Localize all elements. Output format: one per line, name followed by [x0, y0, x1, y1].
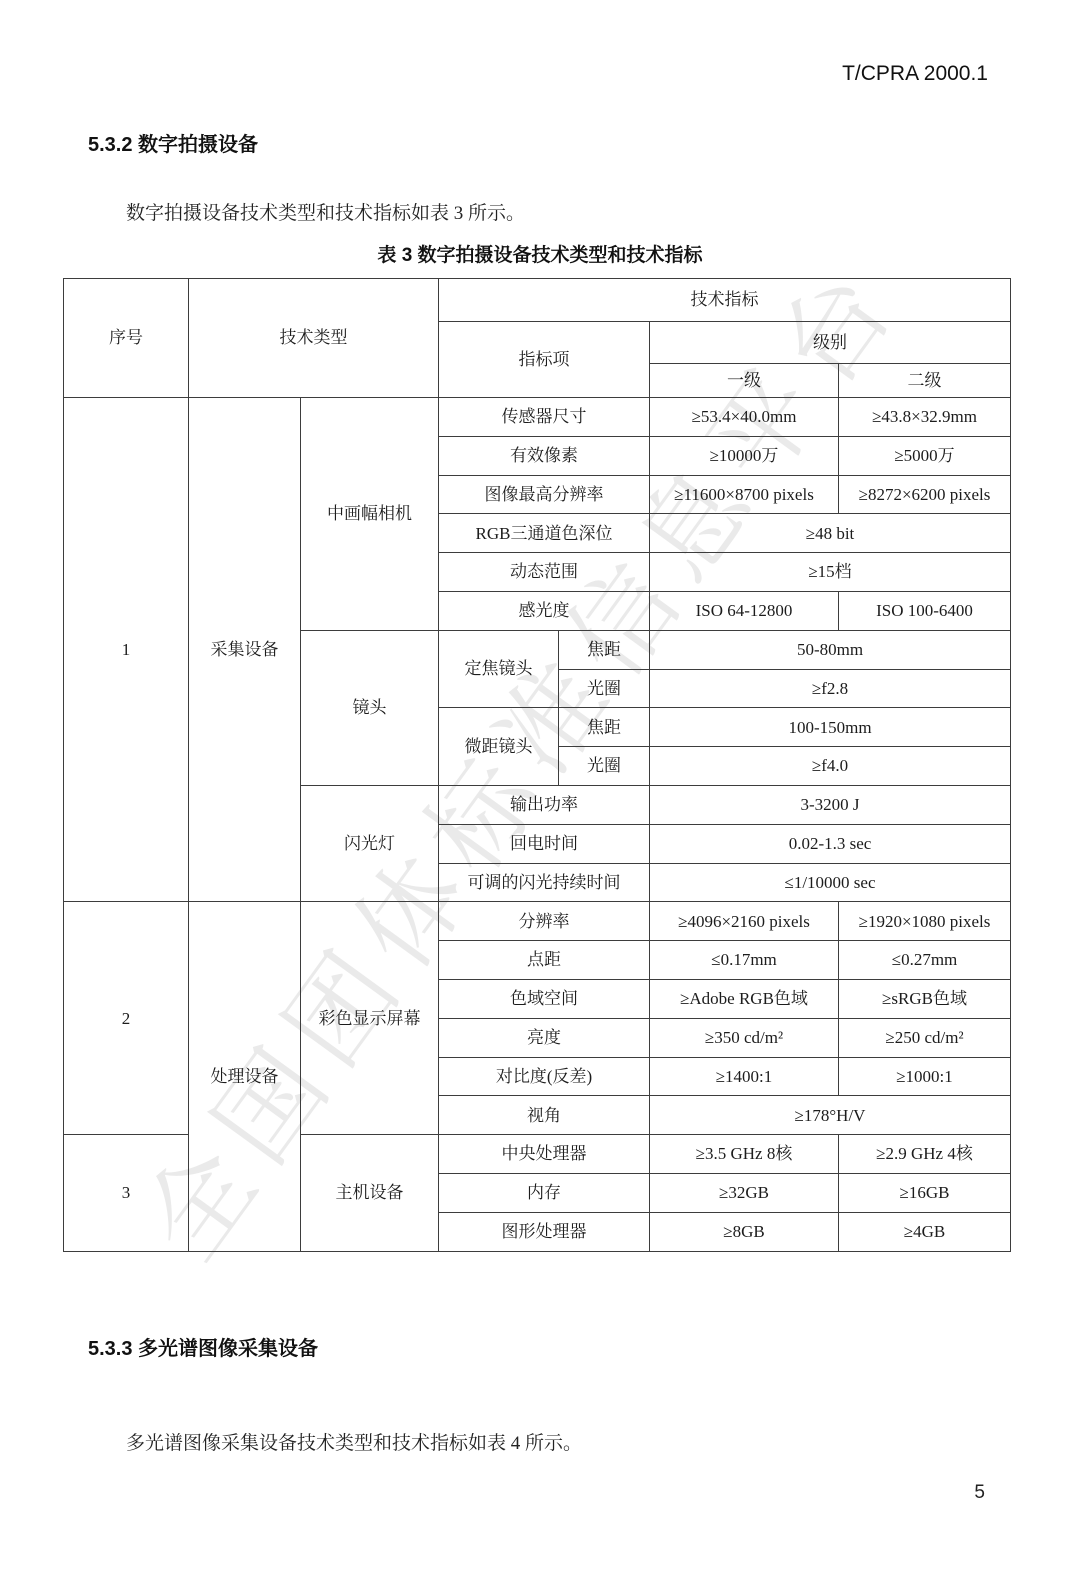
table-cell: ≥10000万 [650, 436, 839, 475]
table-cell: ≥1400:1 [650, 1057, 839, 1096]
table-cell: 焦距 [559, 708, 650, 747]
table-cell: RGB三通道色深位 [439, 514, 650, 553]
table-cell: ≥250 cd/m² [839, 1018, 1011, 1057]
table-cell: ≥350 cd/m² [650, 1018, 839, 1057]
table-cell: ≥1000:1 [839, 1057, 1011, 1096]
table-cell: ≤0.27mm [839, 941, 1011, 980]
table-caption: 表 3 数字拍摄设备技术类型和技术指标 [0, 240, 1080, 267]
table-cell: 可调的闪光持续时间 [439, 863, 650, 902]
table-cell: ≥32GB [650, 1173, 839, 1212]
table-cell: ≥53.4×40.0mm [650, 398, 839, 437]
table-cell: ≥8272×6200 pixels [839, 475, 1011, 514]
header-cell: 技术指标 [439, 279, 1011, 322]
table-cell: 3 [64, 1135, 189, 1251]
table-cell: 焦距 [559, 630, 650, 669]
page-number: 5 [974, 1482, 985, 1504]
header-cell: 指标项 [439, 322, 650, 398]
table-cell: 传感器尺寸 [439, 398, 650, 437]
table-cell: ≥4096×2160 pixels [650, 902, 839, 941]
table-cell: 50-80mm [650, 630, 1011, 669]
table-cell: 定焦镜头 [439, 630, 559, 708]
header-cell: 级别 [650, 322, 1011, 364]
spec-table-header: 序号技术类型技术指标指标项级别一级二级 [64, 279, 1011, 398]
table-cell: 闪光灯 [301, 785, 439, 901]
table-cell: ≥5000万 [839, 436, 1011, 475]
header-cell: 序号 [64, 279, 189, 398]
header-cell: 技术类型 [189, 279, 439, 398]
table-cell: 感光度 [439, 591, 650, 630]
spec-table: 序号技术类型技术指标指标项级别一级二级 1采集设备中画幅相机传感器尺寸≥53.4… [63, 278, 1011, 1252]
table-cell: ISO 64-12800 [650, 591, 839, 630]
table-cell: 采集设备 [189, 398, 301, 902]
spec-table-body: 1采集设备中画幅相机传感器尺寸≥53.4×40.0mm≥43.8×32.9mm有… [64, 398, 1011, 1252]
table-cell: 镜头 [301, 630, 439, 785]
table-cell: 点距 [439, 941, 650, 980]
table-cell: 主机设备 [301, 1135, 439, 1251]
table-cell: ≥f4.0 [650, 747, 1011, 786]
table-cell: 微距镜头 [439, 708, 559, 786]
table-row: 序号技术类型技术指标 [64, 279, 1011, 322]
section-heading-532: 5.3.2 数字拍摄设备 [88, 128, 258, 157]
table-row: 2处理设备彩色显示屏幕分辨率≥4096×2160 pixels≥1920×108… [64, 902, 1011, 941]
table-cell: 图形处理器 [439, 1212, 650, 1251]
table-cell: ≥48 bit [650, 514, 1011, 553]
intro-paragraph-533: 多光谱图像采集设备技术类型和技术指标如表 4 所示。 [88, 1428, 582, 1455]
table-cell: ≥43.8×32.9mm [839, 398, 1011, 437]
table-cell: 视角 [439, 1096, 650, 1135]
table-cell: ≤0.17mm [650, 941, 839, 980]
table-cell: 彩色显示屏幕 [301, 902, 439, 1135]
table-cell: ≥sRGB色域 [839, 979, 1011, 1018]
table-cell: 处理设备 [189, 902, 301, 1251]
table-cell: ≥f2.8 [650, 669, 1011, 708]
header-cell: 二级 [839, 364, 1011, 398]
table-cell: 0.02-1.3 sec [650, 824, 1011, 863]
table-cell: 亮度 [439, 1018, 650, 1057]
table-cell: 1 [64, 398, 189, 902]
table-cell: ≥1920×1080 pixels [839, 902, 1011, 941]
table-cell: ≥4GB [839, 1212, 1011, 1251]
table-cell: 中画幅相机 [301, 398, 439, 631]
table-cell: 光圈 [559, 747, 650, 786]
table-cell: 动态范围 [439, 553, 650, 592]
table-cell: 中央处理器 [439, 1135, 650, 1174]
table-cell: ≥2.9 GHz 4核 [839, 1135, 1011, 1174]
table-cell: ≥8GB [650, 1212, 839, 1251]
table-cell: ≥11600×8700 pixels [650, 475, 839, 514]
section-heading-533: 5.3.3 多光谱图像采集设备 [88, 1332, 318, 1361]
intro-paragraph-532: 数字拍摄设备技术类型和技术指标如表 3 所示。 [88, 198, 525, 225]
table-cell: ≥16GB [839, 1173, 1011, 1212]
doc-code: T/CPRA 2000.1 [842, 62, 988, 86]
table-cell: 3-3200 J [650, 785, 1011, 824]
table-cell: ≥178°H/V [650, 1096, 1011, 1135]
table-cell: 分辨率 [439, 902, 650, 941]
table-cell: 有效像素 [439, 436, 650, 475]
table-cell: ≥15档 [650, 553, 1011, 592]
header-cell: 一级 [650, 364, 839, 398]
table-cell: 回电时间 [439, 824, 650, 863]
table-cell: ≤1/10000 sec [650, 863, 1011, 902]
table-cell: 光圈 [559, 669, 650, 708]
table-cell: 对比度(反差) [439, 1057, 650, 1096]
table-cell: 图像最高分辨率 [439, 475, 650, 514]
table-cell: 2 [64, 902, 189, 1135]
table-cell: ISO 100-6400 [839, 591, 1011, 630]
table-cell: ≥3.5 GHz 8核 [650, 1135, 839, 1174]
table-row: 1采集设备中画幅相机传感器尺寸≥53.4×40.0mm≥43.8×32.9mm [64, 398, 1011, 437]
table-cell: ≥Adobe RGB色域 [650, 979, 839, 1018]
table-cell: 输出功率 [439, 785, 650, 824]
table-cell: 内存 [439, 1173, 650, 1212]
table-cell: 100-150mm [650, 708, 1011, 747]
table-cell: 色域空间 [439, 979, 650, 1018]
